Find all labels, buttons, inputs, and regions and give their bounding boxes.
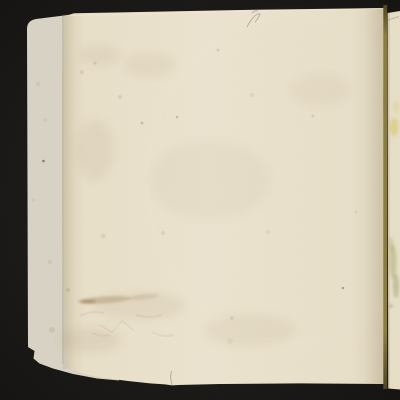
paper-grain-overlay <box>0 0 400 400</box>
screenshot-root <box>0 0 400 400</box>
book-scan-photo <box>0 0 400 400</box>
